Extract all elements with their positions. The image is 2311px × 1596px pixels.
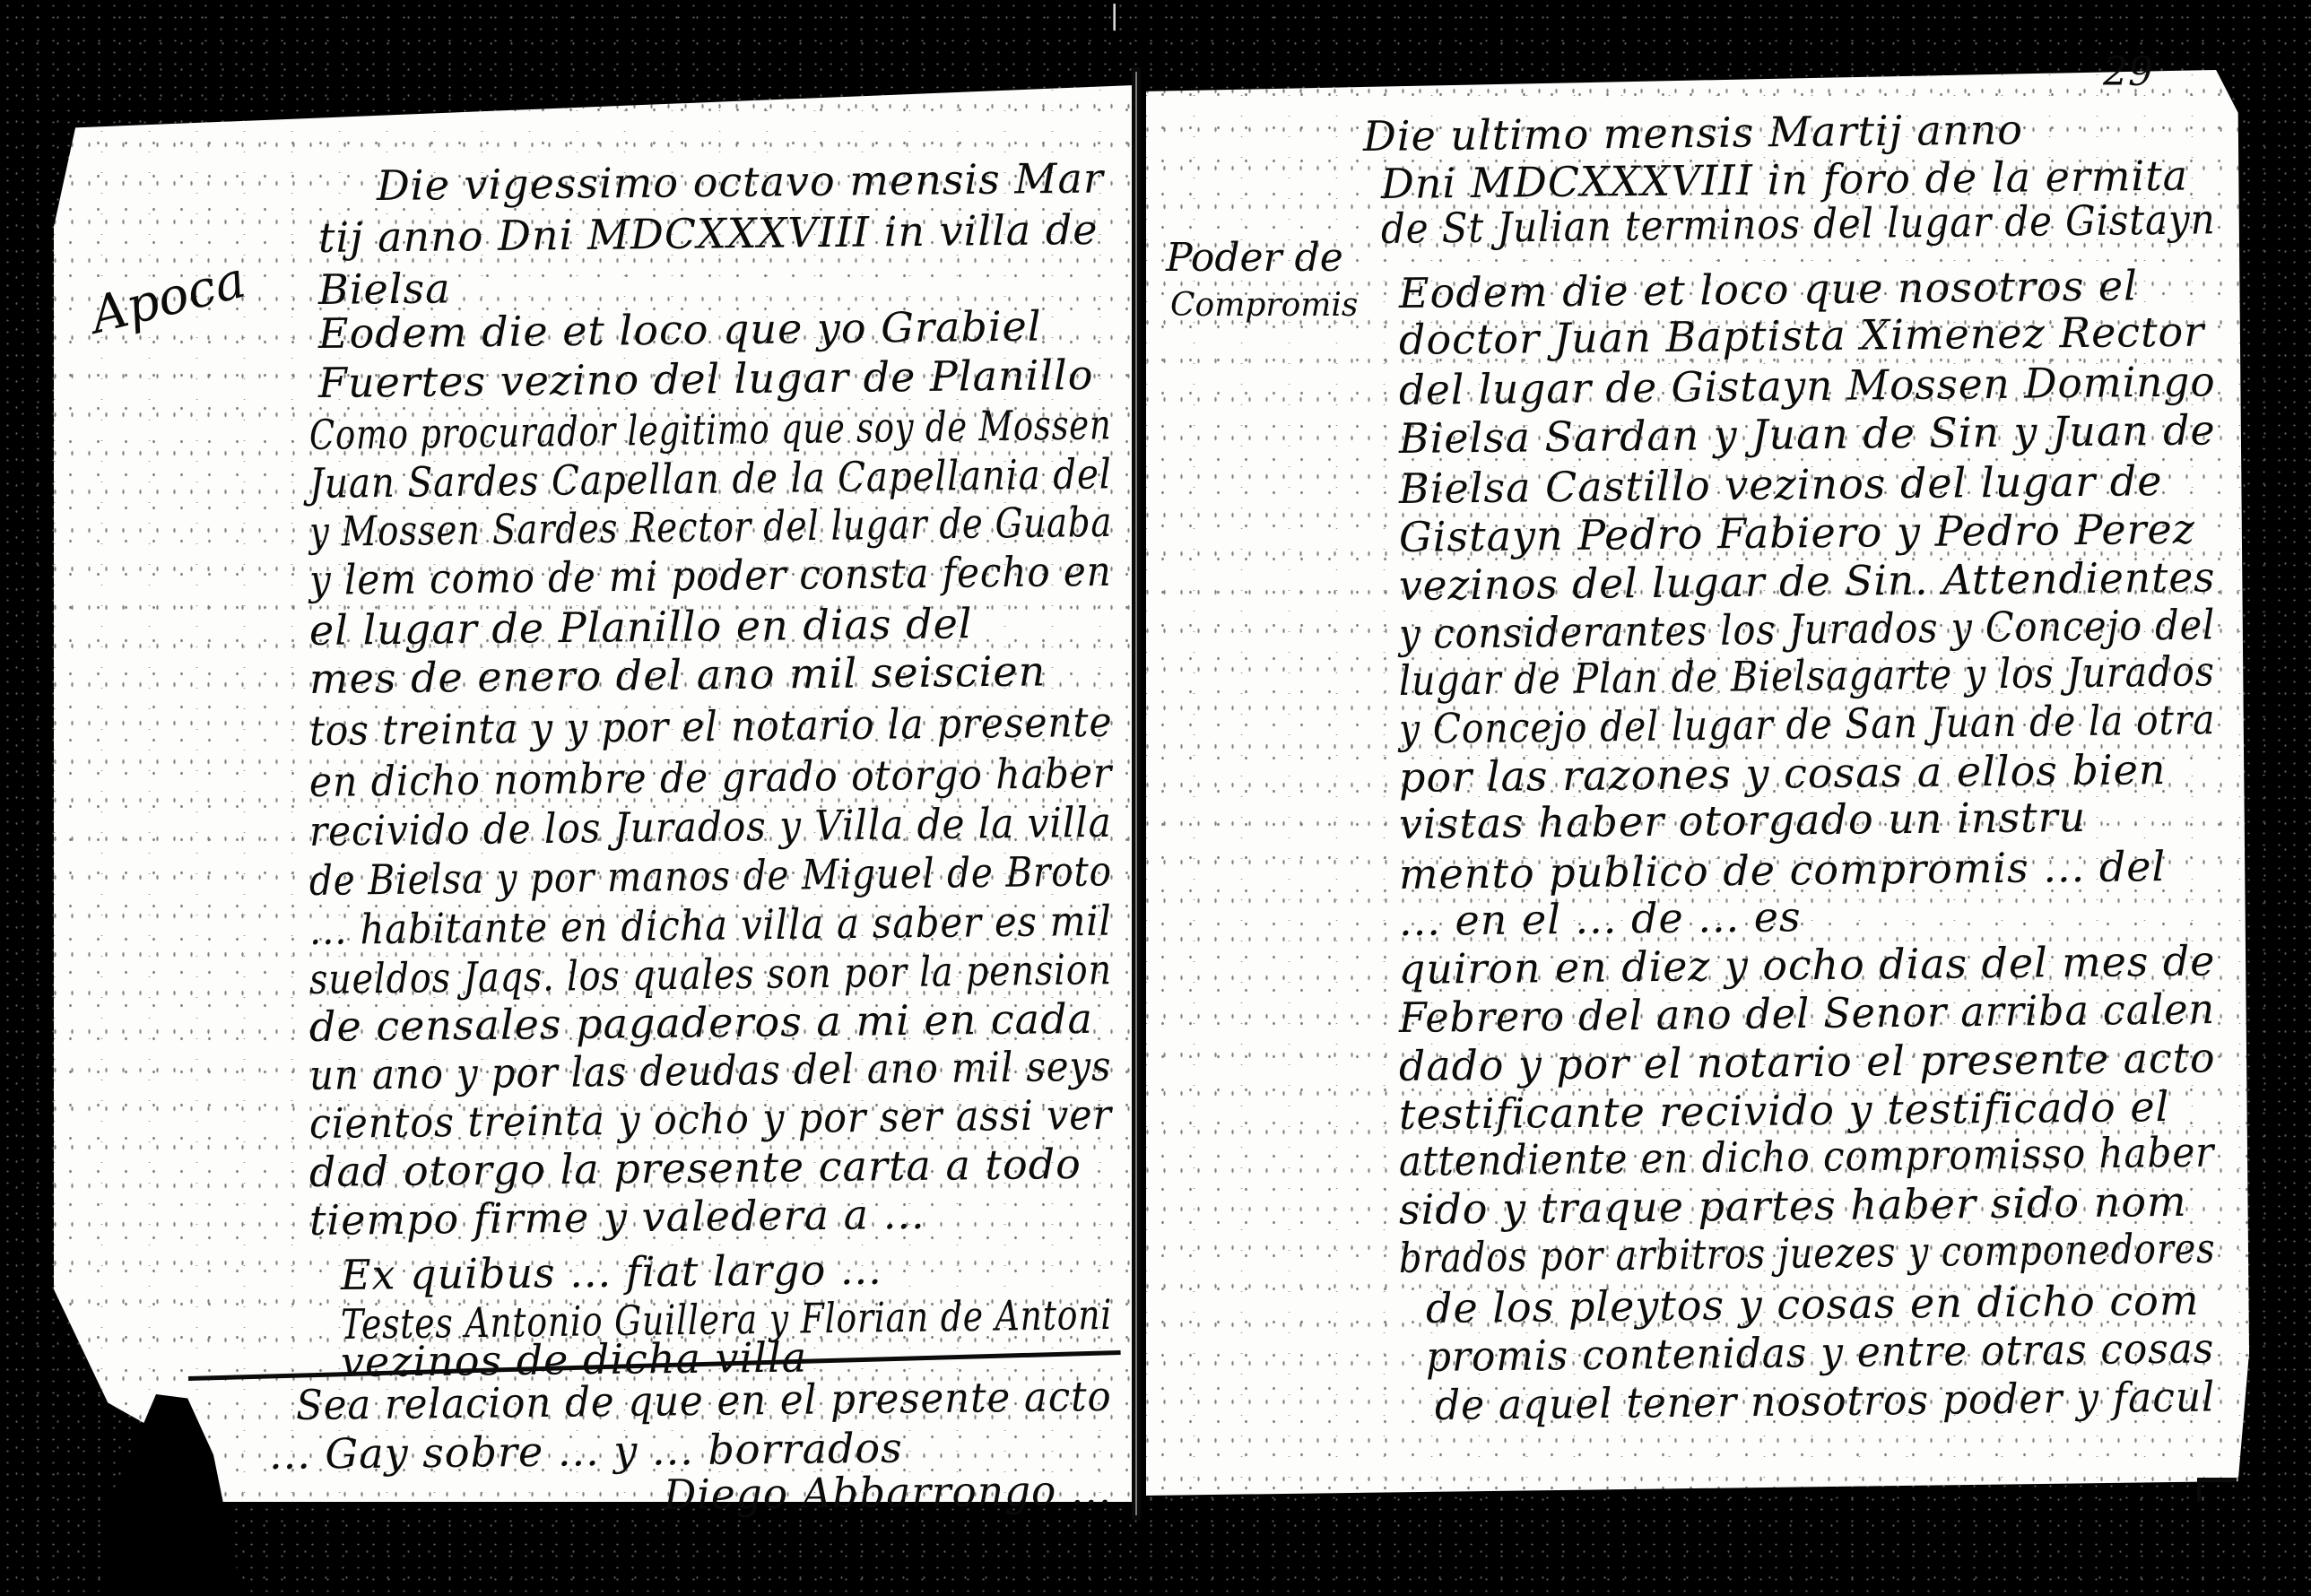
text-line: Febrero del ano del Senor arriba calen: [1399, 984, 2215, 1042]
text-line: y Concejo del lugar de San Juan de la ot…: [1399, 695, 2216, 753]
text-line: dad otorgo la presente carta a todo: [309, 1140, 1082, 1196]
text-line: Diego Abbarrongo ...: [664, 1466, 1112, 1519]
text-line: de Bielsa y por manos de Miguel de Broto: [309, 846, 1112, 905]
text-line: un ano y por las deudas del ano mil seys: [309, 1042, 1112, 1099]
text-line: cientos treinta y ocho y por ser assi ve…: [309, 1090, 1112, 1148]
page-corner-mark: [2197, 1478, 2237, 1502]
text-line: de St Julian terminos del lugar de Gista…: [1381, 195, 2216, 253]
folio-number: 29: [2103, 49, 2153, 95]
text-line: el lugar de Planillo en dias del: [309, 599, 973, 655]
book-spine-highlight: [1135, 72, 1137, 1515]
text-line: tos treinta y y por el notario la presen…: [309, 698, 1113, 755]
text-line: vistas haber otorgado un instru: [1399, 793, 2087, 848]
margin-note-line: Poder de: [1166, 235, 1343, 281]
text-line: mes de enero del ano mil seiscien: [309, 646, 1047, 703]
text-line: de los pleytos y cosas en dicho com: [1426, 1276, 2200, 1332]
text-line: Gistayn Pedro Fabiero y Pedro Perez: [1399, 505, 2196, 561]
text-line: Bielsa: [318, 264, 451, 314]
text-line: Eodem die et loco que yo Grabiel: [318, 302, 1042, 358]
text-line: en dicho nombre de grado otorgo haber: [309, 749, 1113, 806]
text-line: del lugar de Gistayn Mossen Domingo: [1399, 357, 2216, 414]
text-line: y lem como de mi poder consta fecho en: [309, 547, 1112, 604]
text-line: Bielsa Sardan y Juan de Sin y Juan de: [1399, 405, 2216, 463]
text-line: de aquel tener nosotros poder y facul: [1435, 1372, 2216, 1429]
text-line: promis contenidas y entre otras cosas: [1426, 1323, 2215, 1381]
text-line: attendiente en dicho compromisso haber: [1399, 1128, 2215, 1185]
text-line: recivido de los Jurados y Villa de la vi…: [309, 798, 1112, 855]
text-line: Die ultimo mensis Martij anno: [1363, 105, 2023, 160]
text-line: mento publico de compromis ... del: [1399, 842, 2167, 898]
text-line: dado y por el notario el presente acto: [1399, 1033, 2216, 1090]
text-line: Ex quibus ... fiat largo ...: [341, 1245, 882, 1299]
text-line: brados por arbitros juezes y componedore…: [1399, 1224, 2216, 1282]
text-line: tiempo firme y valedera a ...: [309, 1190, 925, 1245]
text-line: doctor Juan Baptista Ximenez Rector: [1399, 308, 2205, 364]
text-line: Bielsa Castillo vezinos del lugar de: [1399, 456, 2163, 513]
text-line: ... en el ... de ... es: [1399, 892, 1802, 945]
text-line: tij anno Dni MDCXXXVIII in villa de: [318, 205, 1099, 262]
text-line: quiron en diez y ocho dias del mes de: [1399, 936, 2216, 993]
top-edge-mark: ❘: [1103, 0, 1125, 31]
text-line: Fuertes vezino del lugar de Planillo: [318, 351, 1094, 407]
text-line: y Mossen Sardes Rector del lugar de Guab…: [309, 498, 1113, 556]
text-line: Die vigessimo octavo mensis Mar: [377, 154, 1104, 210]
text-line: ... habitante en dicha villa a saber es …: [309, 897, 1112, 954]
margin-note-line: Compromis: [1170, 287, 1358, 324]
text-line: Sea relacion de que en el presente acto: [296, 1372, 1112, 1429]
